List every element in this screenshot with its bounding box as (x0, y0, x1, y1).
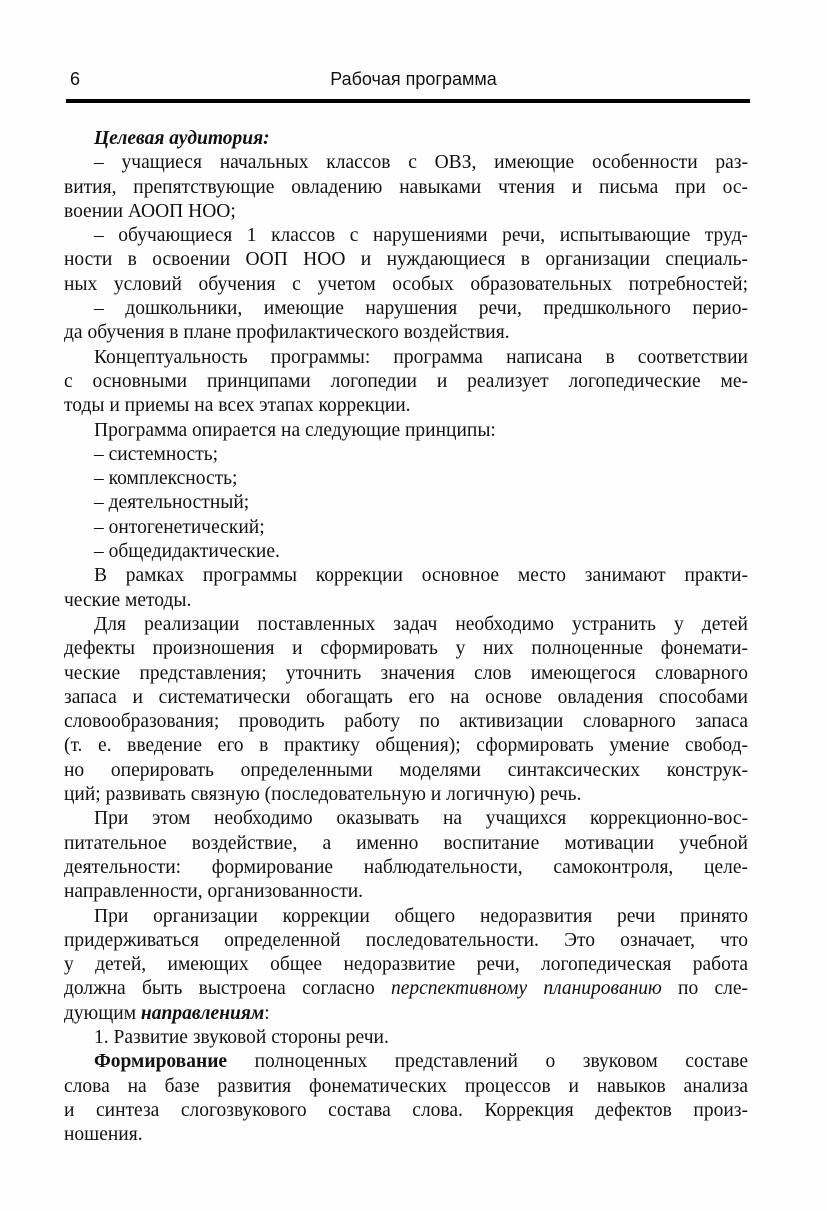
text-segment: ческие представления; уточнить значения … (64, 663, 748, 684)
text-segment: Для реализации поставленных задач необхо… (94, 614, 748, 635)
text-segment: вития, препятствующие овладению навыками… (64, 177, 748, 198)
text-line: ных условий обучения с учетом особых обр… (64, 273, 748, 297)
text-segment: ных условий обучения с учетом особых обр… (64, 274, 748, 295)
text-segment: дующим (64, 1003, 141, 1024)
text-segment: Формирование (94, 1051, 227, 1072)
text-segment: дефекты произношения и сформировать у ни… (64, 638, 748, 659)
text-line: При организации коррекции общего недораз… (64, 905, 748, 929)
text-line: ческие представления; уточнить значения … (64, 662, 748, 686)
text-segment: питательное воздействие, а именно воспит… (64, 833, 748, 854)
text-line: Программа опирается на следующие принцип… (64, 419, 748, 443)
text-line: придерживаться определенной последовател… (64, 929, 748, 953)
text-segment: При организации коррекции общего недораз… (94, 906, 748, 927)
text-segment: – учащиеся начальных классов с ОВЗ, имею… (94, 152, 748, 173)
text-line: При этом необходимо оказывать на учащихс… (64, 807, 748, 831)
text-segment: – комплексность; (94, 468, 237, 489)
text-segment: тоды и приемы на всех этапах коррекции. (64, 395, 411, 416)
text-segment: ношения. (64, 1124, 143, 1145)
text-line: воении АООП НОО; (64, 200, 748, 224)
text-segment: – дошкольники, имеющие нарушения речи, п… (94, 298, 748, 319)
text-segment: да обучения в плане профилактического во… (64, 322, 510, 343)
text-line: но оперировать определенными моделями си… (64, 759, 748, 783)
body-text: Целевая аудитория:– учащиеся начальных к… (64, 127, 748, 1147)
text-line: Целевая аудитория: (64, 127, 748, 151)
text-segment: – деятельностный; (94, 492, 249, 513)
text-line: (т. е. введение его в практику общения);… (64, 734, 748, 758)
text-line: ности в освоении ООП НОО и нуждающиеся в… (64, 248, 748, 272)
text-line: деятельности: формирование наблюдательно… (64, 856, 748, 880)
text-line: у детей, имеющих общее недоразвитие речи… (64, 953, 748, 977)
text-line: ношения. (64, 1123, 748, 1147)
text-segment: Целевая аудитория: (94, 128, 270, 149)
text-segment: словообразования; проводить работу по ак… (64, 711, 748, 732)
text-segment: должна быть выстроена согласно (64, 978, 391, 999)
text-line: тоды и приемы на всех этапах коррекции. (64, 394, 748, 418)
text-line: В рамках программы коррекции основное ме… (64, 564, 748, 588)
text-line: вития, препятствующие овладению навыками… (64, 176, 748, 200)
text-segment: слова на базе развития фонематических пр… (64, 1076, 748, 1097)
text-segment: В рамках программы коррекции основное ме… (94, 565, 748, 586)
text-line: 1. Развитие звуковой стороны речи. (64, 1026, 748, 1050)
text-line: – общедидактические. (64, 540, 748, 564)
text-line: запаса и систематически обогащать его на… (64, 686, 748, 710)
text-line: – онтогенетический; (64, 516, 748, 540)
text-segment: направлениям (141, 1003, 264, 1024)
text-segment: ческие методы. (64, 590, 191, 611)
text-segment: – общедидактические. (94, 541, 280, 562)
text-line: слова на базе развития фонематических пр… (64, 1075, 748, 1099)
text-line: питательное воздействие, а именно воспит… (64, 832, 748, 856)
text-segment: : (264, 1003, 269, 1024)
text-segment: полноценных представлений о звуковом сос… (227, 1051, 748, 1072)
text-line: – обучающиеся 1 классов с нарушениями ре… (64, 224, 748, 248)
text-segment: – онтогенетический; (94, 517, 265, 538)
text-segment: перспективному планированию (391, 978, 662, 999)
text-line: ческие методы. (64, 589, 748, 613)
header-rule (66, 99, 750, 103)
text-line: дефекты произношения и сформировать у ни… (64, 637, 748, 661)
text-segment: ций; развивать связную (последовательную… (64, 784, 581, 805)
text-line: дующим направлениям: (64, 1002, 748, 1026)
text-segment: – системность; (94, 444, 218, 465)
text-line: Формирование полноценных представлений о… (64, 1050, 748, 1074)
text-line: Для реализации поставленных задач необхо… (64, 613, 748, 637)
running-title: Рабочая программа (0, 66, 827, 92)
text-segment: воении АООП НОО; (64, 201, 236, 222)
text-segment: – обучающиеся 1 классов с нарушениями ре… (94, 225, 748, 246)
page-header: 6 Рабочая программа (0, 66, 827, 92)
text-segment: запаса и систематически обогащать его на… (64, 687, 748, 708)
text-segment: но оперировать определенными моделями си… (64, 760, 748, 781)
text-line: ций; развивать связную (последовательную… (64, 783, 748, 807)
book-page: 6 Рабочая программа Целевая аудитория:– … (0, 0, 827, 1211)
text-segment: по сле- (662, 978, 748, 999)
text-line: – комплексность; (64, 467, 748, 491)
text-segment: (т. е. введение его в практику общения);… (64, 735, 748, 756)
text-segment: придерживаться определенной последовател… (64, 930, 748, 951)
text-segment: и синтеза слогозвукового состава слова. … (64, 1100, 748, 1121)
text-segment: При этом необходимо оказывать на учащихс… (94, 808, 748, 829)
text-segment: 1. Развитие звуковой стороны речи. (94, 1027, 389, 1048)
text-line: – учащиеся начальных классов с ОВЗ, имею… (64, 151, 748, 175)
text-line: с основными принципами логопедии и реали… (64, 370, 748, 394)
text-line: да обучения в плане профилактического во… (64, 321, 748, 345)
text-segment: деятельности: формирование наблюдательно… (64, 857, 748, 878)
text-line: должна быть выстроена согласно перспекти… (64, 977, 748, 1001)
text-segment: направленности, организованности. (64, 881, 363, 902)
text-line: словообразования; проводить работу по ак… (64, 710, 748, 734)
text-segment: ности в освоении ООП НОО и нуждающиеся в… (64, 249, 748, 270)
text-line: Концептуальность программы: программа на… (64, 346, 748, 370)
text-segment: Программа опирается на следующие принцип… (94, 420, 496, 441)
text-segment: у детей, имеющих общее недоразвитие речи… (64, 954, 748, 975)
text-line: – системность; (64, 443, 748, 467)
text-segment: с основными принципами логопедии и реали… (64, 371, 748, 392)
text-line: и синтеза слогозвукового состава слова. … (64, 1099, 748, 1123)
text-line: – дошкольники, имеющие нарушения речи, п… (64, 297, 748, 321)
text-line: – деятельностный; (64, 491, 748, 515)
text-line: направленности, организованности. (64, 880, 748, 904)
text-segment: Концептуальность программы: программа на… (94, 347, 748, 368)
